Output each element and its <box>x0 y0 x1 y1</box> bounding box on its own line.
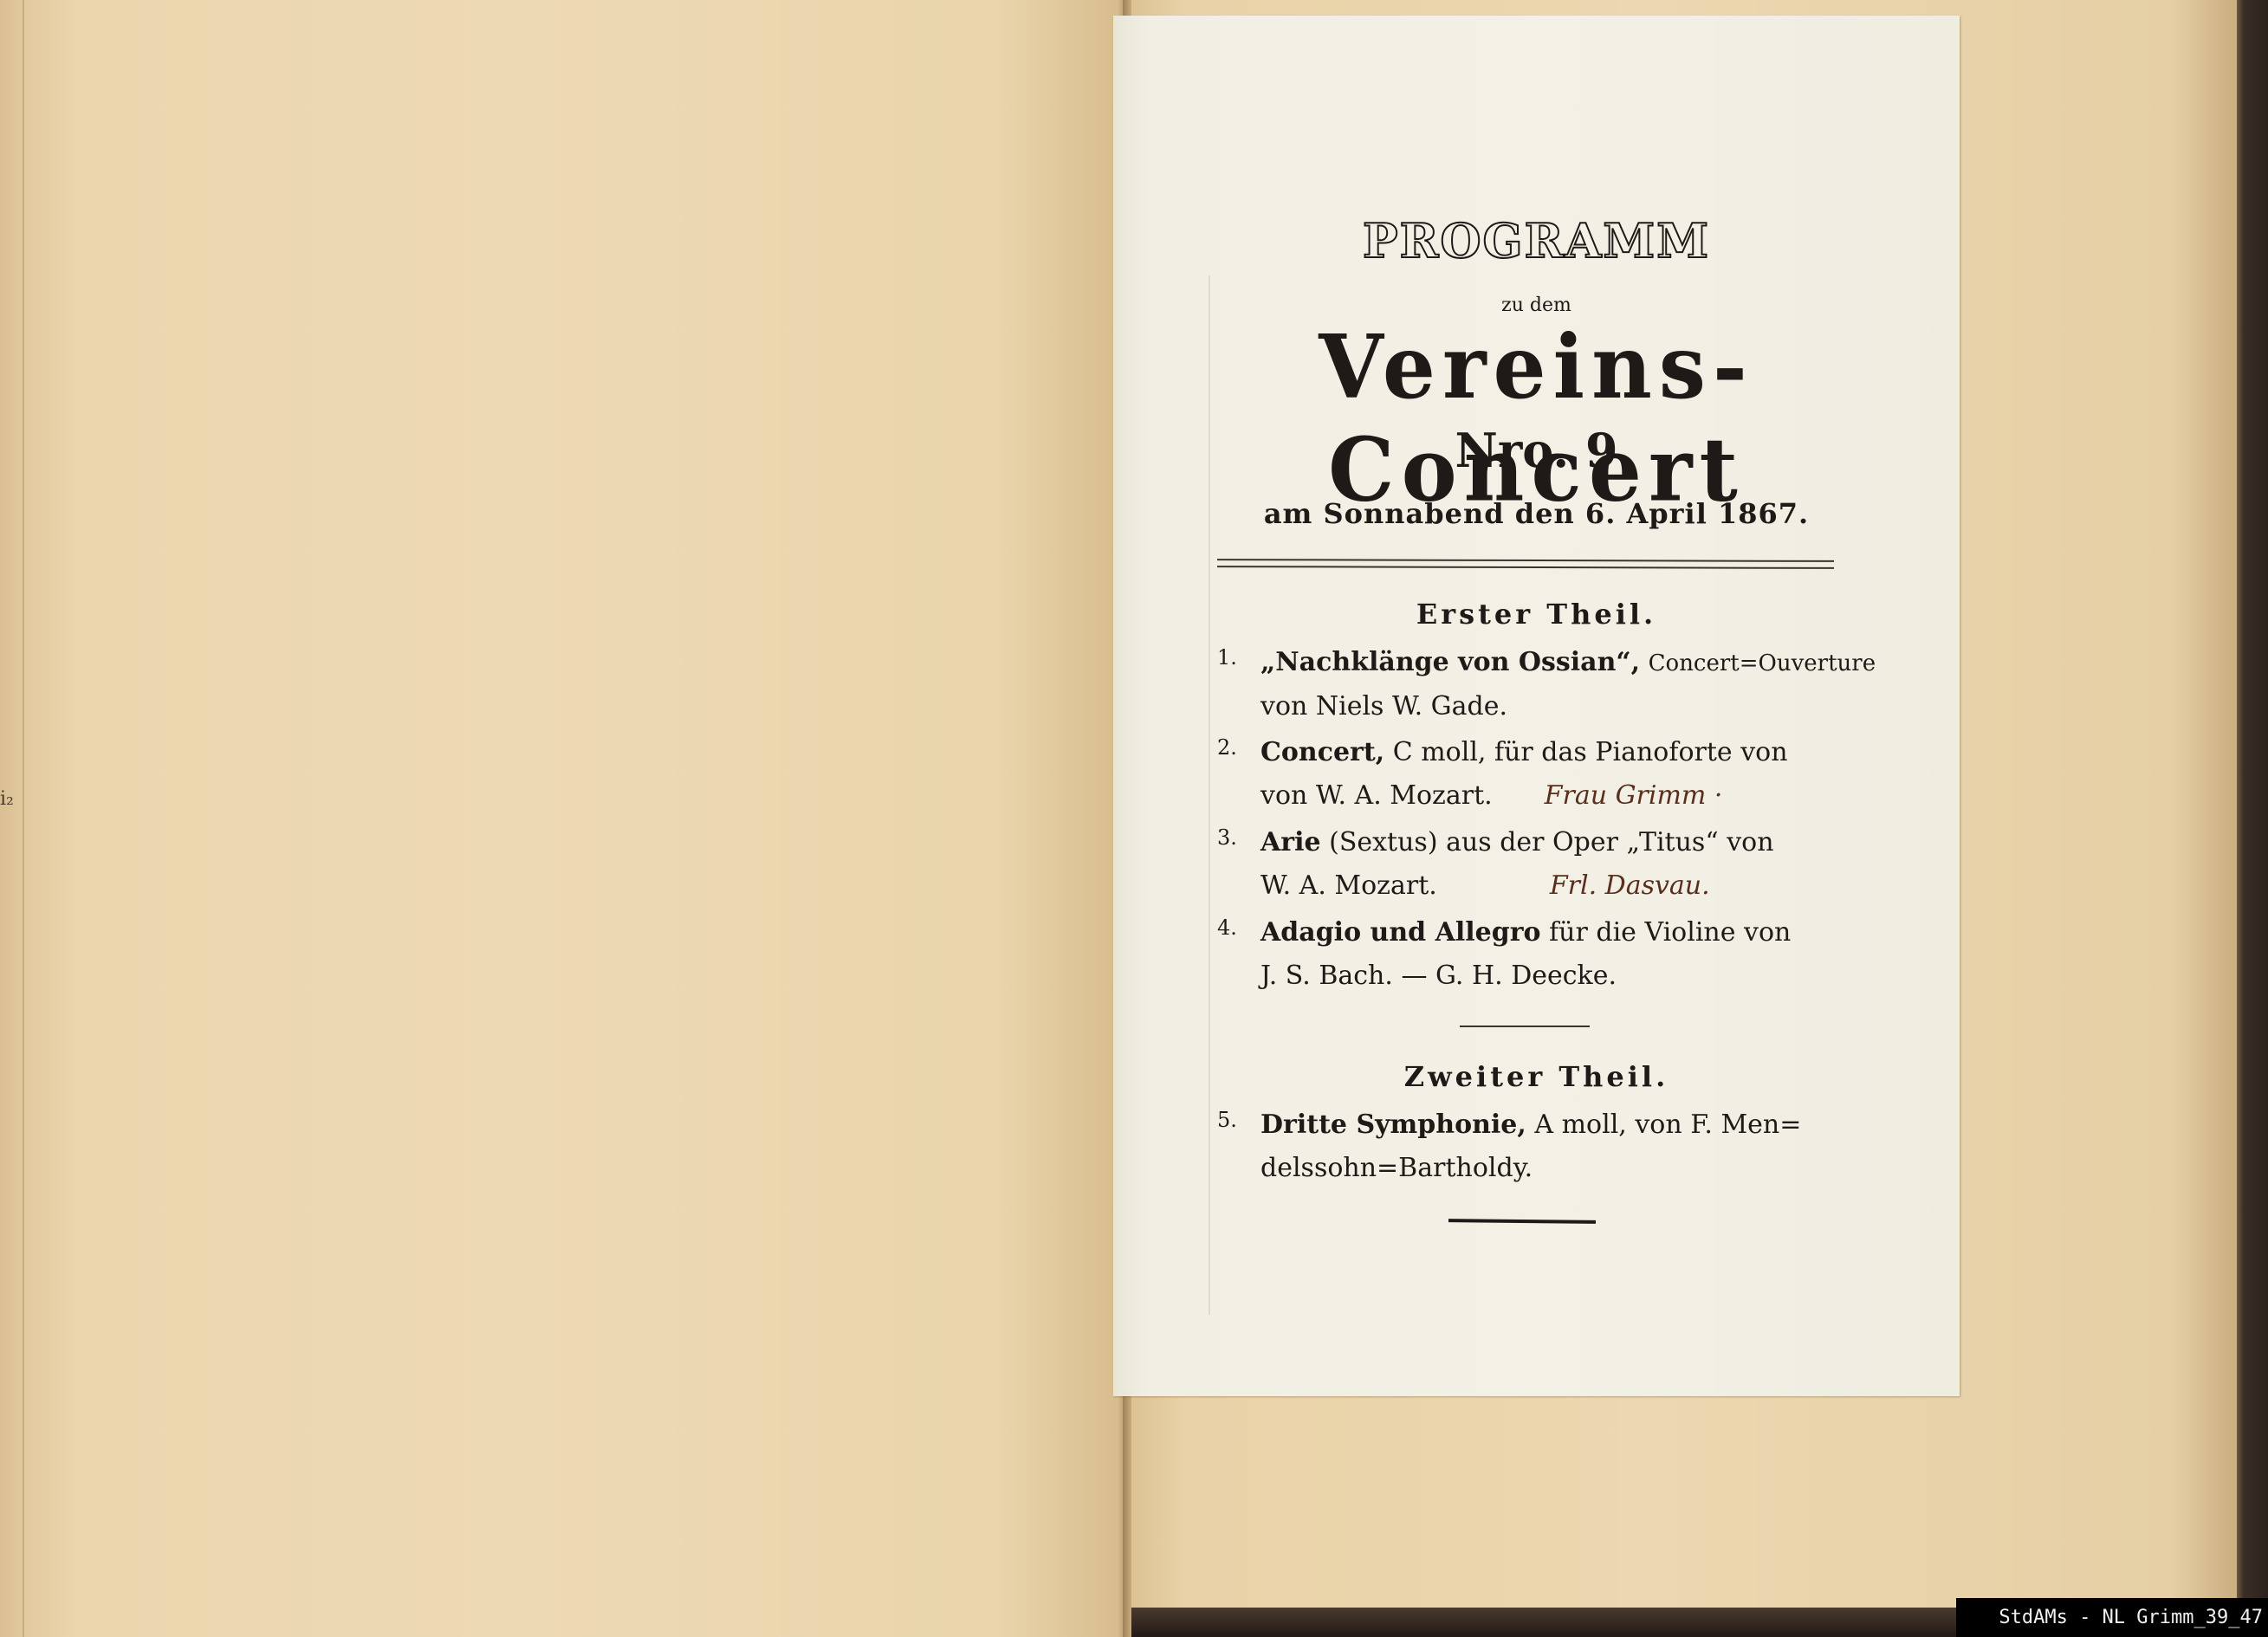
item-composer: delssohn=Bartholdy. <box>1260 1147 1837 1190</box>
item-number: 1. <box>1217 636 1237 679</box>
left-page: i₂ <box>0 0 1126 1637</box>
item-title: Arie <box>1260 827 1321 857</box>
item-number: 2. <box>1217 726 1237 769</box>
item-description: C moll, für das Pianoforte von <box>1393 737 1788 767</box>
archive-label: StdAMs - NL Grimm_39_47 <box>1956 1598 2268 1637</box>
item-description: Concert=Ouverture <box>1649 650 1876 676</box>
handwritten-performer: Frl. Dasvau. <box>1550 870 1710 901</box>
part-heading-1: Erster Theil. <box>1113 598 1960 631</box>
binding-line <box>23 0 24 1637</box>
double-rule-divider <box>1217 559 1834 569</box>
section-divider <box>1460 1026 1590 1027</box>
concert-number: Nro. 9 <box>1113 423 1960 478</box>
item-description: (Sextus) aus der Oper „Titus“ von <box>1329 827 1773 857</box>
item-composer: von W. A. Mozart. <box>1260 780 1493 811</box>
item-description: für die Violine von <box>1549 917 1791 948</box>
item-composer: W. A. Mozart. <box>1260 870 1437 901</box>
margin-mark: i₂ <box>0 788 14 810</box>
item-title: Adagio und Allegro <box>1260 917 1541 948</box>
item-number: 4. <box>1217 906 1237 949</box>
programme-subtitle: zu dem <box>1113 294 1960 316</box>
item-number: 5. <box>1217 1098 1237 1142</box>
item-description: A moll, von F. Men= <box>1534 1110 1801 1140</box>
end-rule <box>1448 1219 1596 1224</box>
handwritten-performer: Frau Grimm · <box>1545 780 1723 811</box>
item-composer-performer: J. S. Bach. — G. H. Deecke. <box>1260 954 1837 998</box>
concert-date: am Sonnabend den 6. April 1867. <box>1113 497 1960 530</box>
programme-title: PROGRAMM <box>1113 213 1960 269</box>
part-heading-2: Zweiter Theil. <box>1113 1060 1960 1093</box>
item-title: Dritte Symphonie, <box>1260 1110 1526 1140</box>
item-number: 3. <box>1217 816 1237 859</box>
book-cover-edge-right <box>2237 0 2268 1637</box>
item-title: „Nachklänge von Ossian“, <box>1260 647 1640 677</box>
item-composer: von Niels W. Gade. <box>1260 685 1837 728</box>
item-title: Concert, <box>1260 737 1384 767</box>
programme-sheet: PROGRAMM zu dem Vereins-Concert Nro. 9 a… <box>1113 16 1960 1396</box>
event-name: Vereins-Concert <box>1113 315 1960 521</box>
